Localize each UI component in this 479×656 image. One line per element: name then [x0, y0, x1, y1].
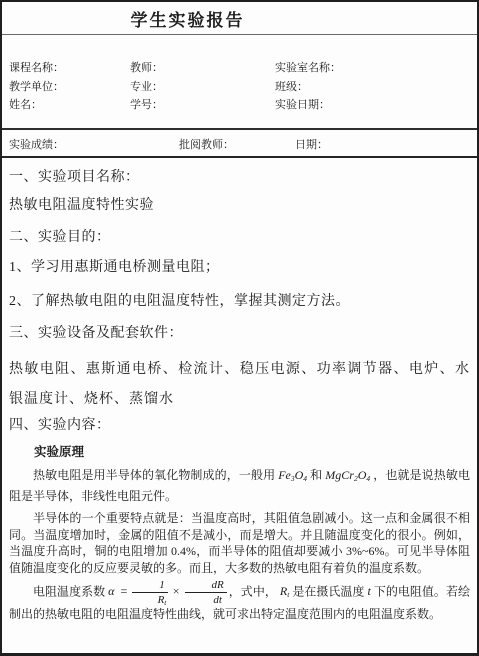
principle-paragraph-1: 热敏电阻是用半导体的氧化物制成的，一般用Fe3O4和MgCr2O4，也就是说热敏… — [9, 465, 470, 507]
field-student-id-label: 学号： — [130, 96, 275, 115]
objective-item-2: 2、了解热敏电阻的电阻温度特性，掌握其测定方法。 — [9, 293, 470, 311]
form-row-2: 教学单位： 专业： 班级： — [9, 78, 477, 97]
field-course-label: 课程名称： — [9, 59, 130, 78]
section-4-heading: 四、实验内容： — [9, 417, 470, 435]
equipment-list: 热敏电阻、惠斯通电桥、检流计、稳压电源、功率调节器、电炉、水银温度计、烧杯、蒸馏… — [9, 355, 470, 415]
fraction2-numerator: dR — [185, 579, 227, 593]
p1-text-and: 和 — [310, 468, 322, 482]
chem2-sub-b: 4 — [366, 474, 370, 483]
fraction2-denominator: dt — [185, 593, 227, 606]
field-reviewer-label: 批阅教师： — [179, 136, 295, 156]
field-name-label: 姓名： — [9, 96, 130, 115]
field-unit-label: 教学单位： — [9, 78, 130, 97]
field-review-date-label: 日期： — [295, 136, 477, 156]
t-variable: t — [367, 584, 370, 598]
report-body: 一、实验项目名称： 热敏电阻温度特性实验 二、实验目的： 1、学习用惠斯通电桥测… — [2, 158, 477, 623]
rt-sub: t — [287, 590, 289, 599]
p3-text-mid2: 是在摄氏温度 — [292, 584, 364, 598]
form-row-1: 课程名称： 教师： 实验室名称： — [9, 59, 477, 78]
principle-paragraph-2: 半导体的一个重要特点就是：当温度高时，其阻值急剧减小。这一点和金属很不相同。当温… — [9, 510, 470, 576]
fraction1-den-sub: t — [164, 598, 166, 607]
fraction1-denominator: Rt — [132, 593, 168, 606]
field-major-label: 专业： — [130, 78, 275, 97]
chem2-element-a: MgCr — [325, 468, 354, 482]
fraction-dr-dt: dRdt — [185, 579, 227, 606]
p3-text-mid1: ，式中， — [229, 584, 277, 598]
fraction1-numerator: 1 — [132, 579, 168, 593]
rt-symbol: Rt — [280, 584, 289, 598]
field-class-label: 班级： — [275, 78, 477, 97]
alpha-symbol: α — [108, 584, 114, 598]
chem1-element-a: Fe — [278, 468, 291, 482]
section-2-heading: 二、实验目的： — [9, 229, 470, 247]
objective-item-1: 1、学习用惠斯通电桥测量电阻； — [9, 259, 470, 277]
section-3-heading: 三、实验设备及配套软件： — [9, 325, 470, 343]
principle-heading: 实验原理 — [34, 445, 470, 460]
multiply-sign: × — [173, 584, 180, 598]
field-exp-date-label: 实验日期： — [275, 96, 477, 115]
p3-text-pre: 电阻温度系数 — [33, 584, 105, 598]
section-1-heading: 一、实验项目名称： — [9, 169, 470, 187]
field-score-label: 实验成绩： — [9, 136, 179, 156]
p1-text-pre: 热敏电阻是用半导体的氧化物制成的，一般用 — [33, 468, 275, 482]
field-lab-name-label: 实验室名称： — [275, 59, 477, 78]
grade-row: 实验成绩： 批阅教师： 日期： — [2, 130, 477, 158]
chem1-element-b: O — [295, 468, 304, 482]
chem-formula-mgcr2o4: MgCr2O4 — [325, 468, 370, 482]
form-row-3: 姓名： 学号： 实验日期： — [9, 96, 477, 115]
chem-formula-fe3o4: Fe3O4 — [278, 468, 307, 482]
chem1-sub-b: 4 — [303, 474, 307, 483]
header-form: 课程名称： 教师： 实验室名称： 教学单位： 专业： 班级： 姓名： 学号： 实… — [2, 35, 477, 130]
field-teacher-label: 教师： — [130, 59, 275, 78]
principle-paragraph-3: 电阻温度系数α=1Rt×dRdt，式中，Rt是在摄氏温度t下的电阻值。若绘制出的… — [9, 579, 470, 623]
report-page: 学生实验报告 课程名称： 教师： 实验室名称： 教学单位： 专业： 班级： 姓名… — [0, 0, 479, 656]
equals-sign: = — [120, 584, 127, 598]
report-title: 学生实验报告 — [131, 6, 245, 31]
experiment-name: 热敏电阻温度特性实验 — [9, 197, 470, 215]
temp-coefficient-formula: α=1Rt×dRdt — [105, 584, 229, 598]
fraction-one-over-rt: 1Rt — [132, 579, 168, 606]
title-bar: 学生实验报告 — [2, 2, 477, 35]
